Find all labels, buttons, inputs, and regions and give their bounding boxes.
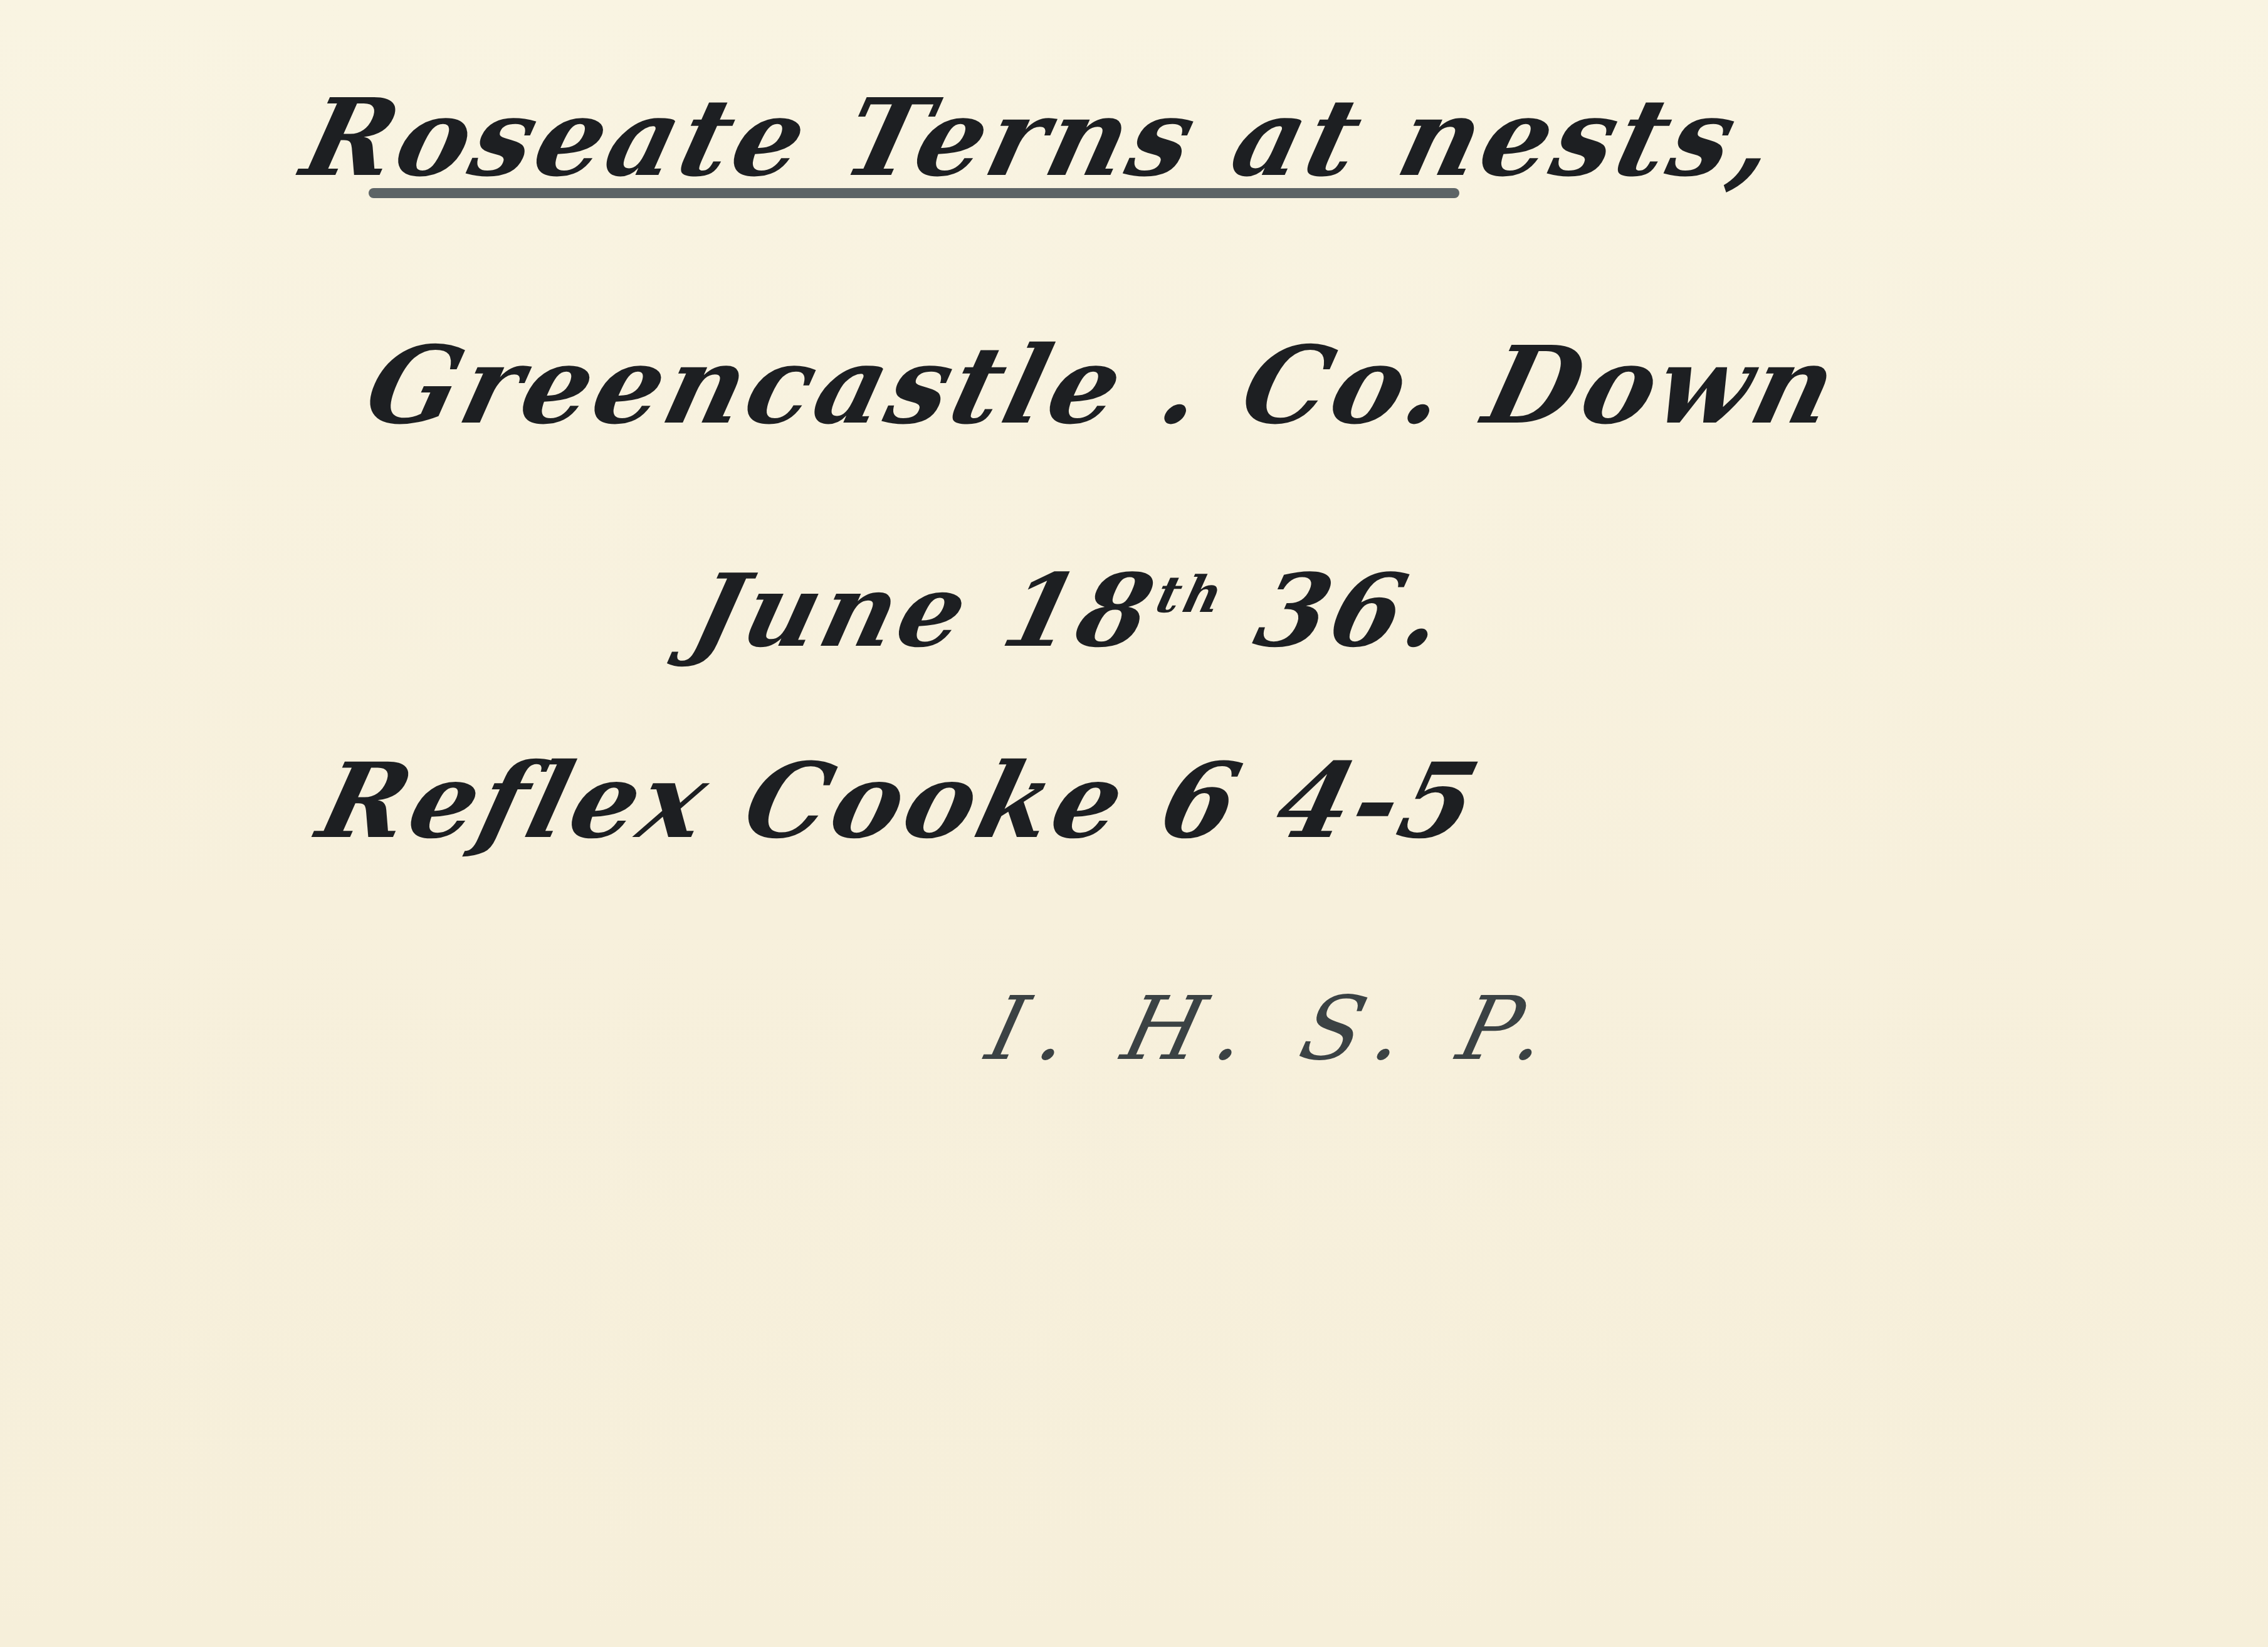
location-text: Greencastle . Co. Down [354,323,1852,448]
title-text: Roseate Terns at nests, [291,75,1792,201]
date-ordinal: th [1150,565,1232,624]
camera-note-text: Reflex Cooke 6 4-5 [308,740,1493,861]
date-month-day: June 18 [681,552,1168,670]
date-year: 36. [1245,552,1460,670]
date-text: June 18th 36. [681,552,1461,670]
title-underline [369,188,1459,198]
initials-text: I. H. S. P. [978,978,1573,1080]
document-card: Roseate Terns at nests, Greencastle . Co… [0,0,2268,1647]
